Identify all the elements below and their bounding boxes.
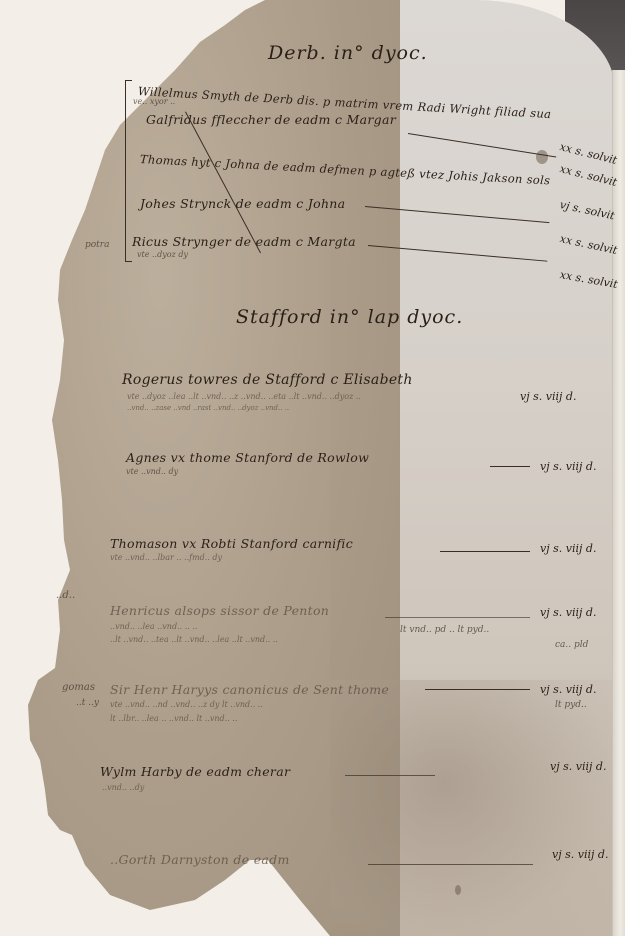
entry-amount-detail: lt vnd.. pd .. lt pyd.. [400, 625, 489, 635]
entry-sub: vte ..vnd.. ..nd ..vnd.. ..z dy lt ..vnd… [110, 700, 263, 709]
entry-amount-detail: lt pyd.. [555, 700, 587, 710]
entry-sub: lt ..lbr.. ..lea .. ..vnd.. lt ..vnd.. .… [110, 714, 237, 723]
entry-rule [440, 551, 530, 552]
entry-sub: ve.. xyor .. [133, 97, 175, 106]
entry-rule [385, 617, 530, 618]
margin-note: ..d.. [56, 590, 75, 601]
entry-name: Rogerus towres de Stafford c Elisabeth [122, 372, 413, 388]
entry-sub: ..vnd.. ..dy [102, 783, 144, 792]
entry-name: ..Gorth Darnyston de eadm [110, 852, 290, 867]
entry-sub: vte ..dyoz ..lea ..lt ..vnd.. ..z ..vnd.… [127, 392, 361, 401]
entry-name: Wylm Harby de eadm cherar [100, 764, 290, 779]
entry-sub: ..vnd.. ..lea ..vnd.. .. .. [110, 622, 197, 631]
page-edge [612, 70, 625, 936]
entry-rule [490, 466, 530, 467]
entry-rule [345, 775, 435, 776]
entry-amount: vj s. viij d. [550, 760, 606, 773]
entry-name: Sir Henr Haryys canonicus de Sent thome [110, 682, 389, 697]
entry-amount: vj s. viij d. [552, 848, 608, 861]
ink-blot [536, 150, 548, 164]
stain-lower-right [330, 680, 615, 936]
entry-name: Galfridus ffleccher de eadm c Margar [146, 112, 396, 127]
margin-note: gomas [62, 682, 95, 693]
margin-note: ..t ..y [76, 698, 99, 708]
entry-amount: vj s. viij d. [540, 683, 596, 696]
entry-sub: ..lt ..vnd.. ..tea ..lt ..vnd.. ..lea ..… [110, 635, 278, 644]
entry-sub: vte ..vnd.. ..lbar .. ..fmd.. dy [110, 553, 222, 562]
entry-name: Agnes vx thome Stanford de Rowlow [126, 450, 369, 465]
entry-amount: vj s. viij d. [520, 390, 576, 403]
entry-sub: ..vnd.. ..zase ..vnd ..rast ..vnd.. ..dy… [127, 404, 289, 412]
entry-rule [425, 689, 530, 690]
section-heading-stafford: Stafford in° lap dyoc. [236, 306, 463, 328]
entry-name: Henricus alsops sissor de Penton [110, 603, 329, 618]
entry-rule [368, 864, 533, 865]
entry-amount: vj s. viij d. [540, 606, 596, 619]
entry-amount-detail: ca.. pld [555, 640, 588, 650]
entry-name: Johes Strynck de eadm c Johna [140, 196, 345, 211]
entry-sub: vte ..vnd.. dy [126, 467, 178, 476]
entry-amount: vj s. viij d. [540, 460, 596, 473]
entry-name: Ricus Strynger de eadm c Margta [132, 234, 356, 249]
entry-sub: vte ..dyoz dy [137, 250, 188, 259]
ink-blot [455, 885, 461, 895]
entry-amount: vj s. viij d. [540, 542, 596, 555]
section-heading-derby: Derb. in° dyoc. [268, 42, 428, 64]
entry-bracket [125, 80, 132, 262]
margin-note: potra [85, 240, 109, 250]
entry-name: Thomason vx Robti Stanford carnific [110, 536, 353, 551]
